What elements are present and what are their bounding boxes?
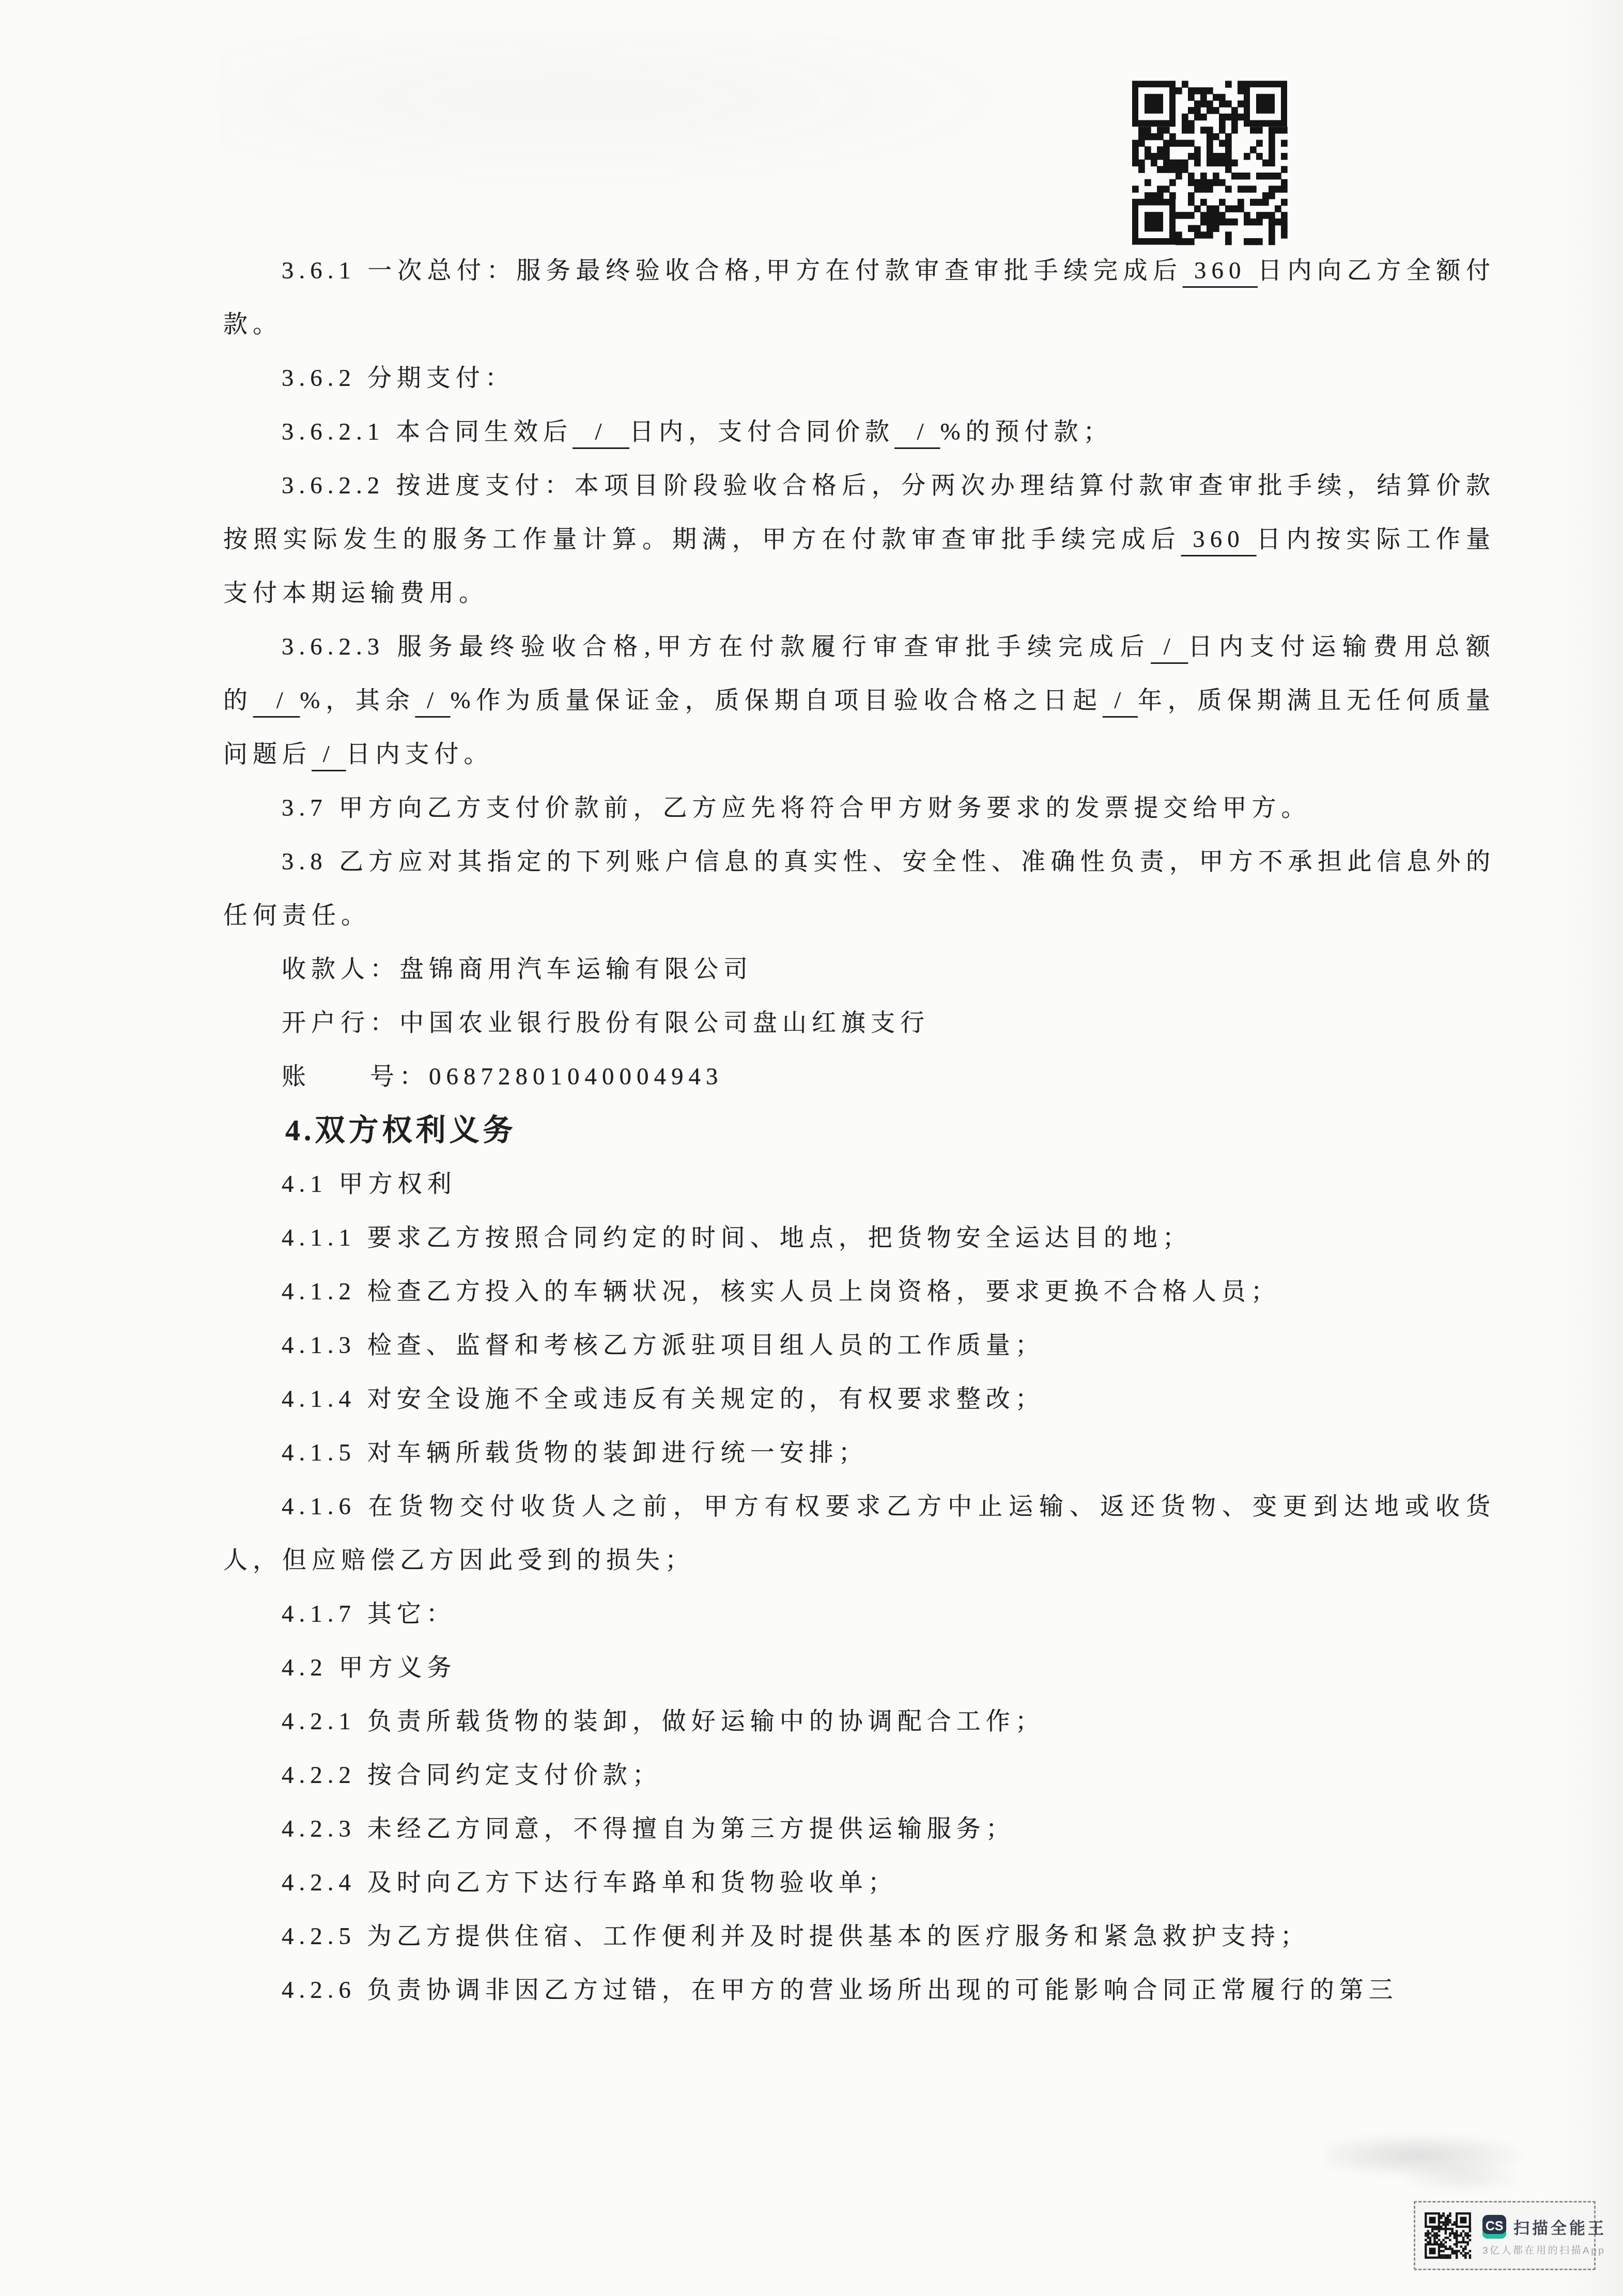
scan-noise	[217, 31, 1095, 201]
clause-4-2-6: 4.2.6 负责协调非因乙方过错，在甲方的营业场所出现的可能影响合同正常履行的第…	[223, 1963, 1495, 2017]
clause-3-6-2-1: 3.6.2.1 本合同生效后 / 日内，支付合同价款 / %的预付款；	[223, 405, 1495, 459]
clause-3-6-1: 3.6.1 一次总付：服务最终验收合格,甲方在付款审查审批手续完成后 360 日…	[223, 244, 1495, 351]
scan-noise	[1395, 2162, 1529, 2193]
clause-4-1-1: 4.1.1 要求乙方按照合同约定的时间、地点，把货物安全运达目的地；	[223, 1211, 1495, 1265]
clause-3-8: 3.8 乙方应对其指定的下列账户信息的真实性、安全性、准确性负责，甲方不承担此信…	[223, 835, 1495, 942]
camscanner-tagline: 3亿人都在用的扫描App	[1482, 2243, 1606, 2257]
payee-line: 收款人：盘锦商用汽车运输有限公司	[223, 942, 1495, 996]
section-4-title: 4.双方权利义务	[223, 1104, 1495, 1157]
clause-3-7: 3.7 甲方向乙方支付价款前，乙方应先将符合甲方财务要求的发票提交给甲方。	[223, 781, 1495, 835]
clause-4-1-6: 4.1.6 在货物交付收货人之前，甲方有权要求乙方中止运输、返还货物、变更到达地…	[223, 1480, 1495, 1587]
camscanner-logo-icon: CS	[1482, 2215, 1506, 2239]
clause-4-1-4: 4.1.4 对安全设施不全或违反有关规定的，有权要求整改；	[223, 1372, 1495, 1426]
clause-4-1-2: 4.1.2 检查乙方投入的车辆状况，核实人员上岗资格，要求更换不合格人员；	[223, 1265, 1495, 1318]
contract-body: 3.6.1 一次总付：服务最终验收合格,甲方在付款审查审批手续完成后 360 日…	[223, 244, 1495, 2017]
clause-4-1-7: 4.1.7 其它：	[223, 1587, 1495, 1641]
contract-qr-code	[1129, 77, 1290, 248]
scan-noise	[1325, 2133, 1532, 2174]
scanned-contract-page: 3.6.1 一次总付：服务最终验收合格,甲方在付款审查审批手续完成后 360 日…	[0, 0, 1623, 2296]
camscanner-logo-text: CS	[1486, 2219, 1504, 2234]
clause-3-6-2-2: 3.6.2.2 按进度支付：本项目阶段验收合格后，分两次办理结算付款审查审批手续…	[223, 459, 1495, 620]
clause-4-2: 4.2 甲方义务	[223, 1641, 1495, 1695]
clause-4-1: 4.1 甲方权利	[223, 1157, 1495, 1211]
clause-4-2-4: 4.2.4 及时向乙方下达行车路单和货物验收单；	[223, 1856, 1495, 1910]
bank-line: 开户行：中国农业银行股份有限公司盘山红旗支行	[223, 996, 1495, 1050]
clause-4-1-5: 4.1.5 对车辆所载货物的装卸进行统一安排；	[223, 1426, 1495, 1480]
clause-3-6-2: 3.6.2 分期支付：	[223, 351, 1495, 405]
clause-4-2-5: 4.2.5 为乙方提供住宿、工作便利并及时提供基本的医疗服务和紧急救护支持；	[223, 1910, 1495, 1963]
clause-4-1-3: 4.1.3 检查、监督和考核乙方派驻项目组人员的工作质量；	[223, 1318, 1495, 1372]
clause-4-2-1: 4.2.1 负责所载货物的装卸，做好运输中的协调配合工作；	[223, 1695, 1495, 1748]
scan-edge-shade	[1561, 0, 1623, 2296]
clause-3-6-2-3: 3.6.2.3 服务最终验收合格,甲方在付款履行审查审批手续完成后 / 日内支付…	[223, 620, 1495, 781]
clause-4-2-3: 4.2.3 未经乙方同意，不得擅自为第三方提供运输服务；	[223, 1802, 1495, 1856]
camscanner-badge: CS 扫描全能王 3亿人都在用的扫描App	[1414, 2201, 1596, 2270]
clause-4-2-2: 4.2.2 按合同约定支付价款；	[223, 1748, 1495, 1802]
camscanner-app-name: 扫描全能王	[1513, 2215, 1606, 2238]
account-line: 账 号：06872801040004943	[223, 1050, 1495, 1104]
camscanner-qr-code	[1424, 2211, 1472, 2260]
